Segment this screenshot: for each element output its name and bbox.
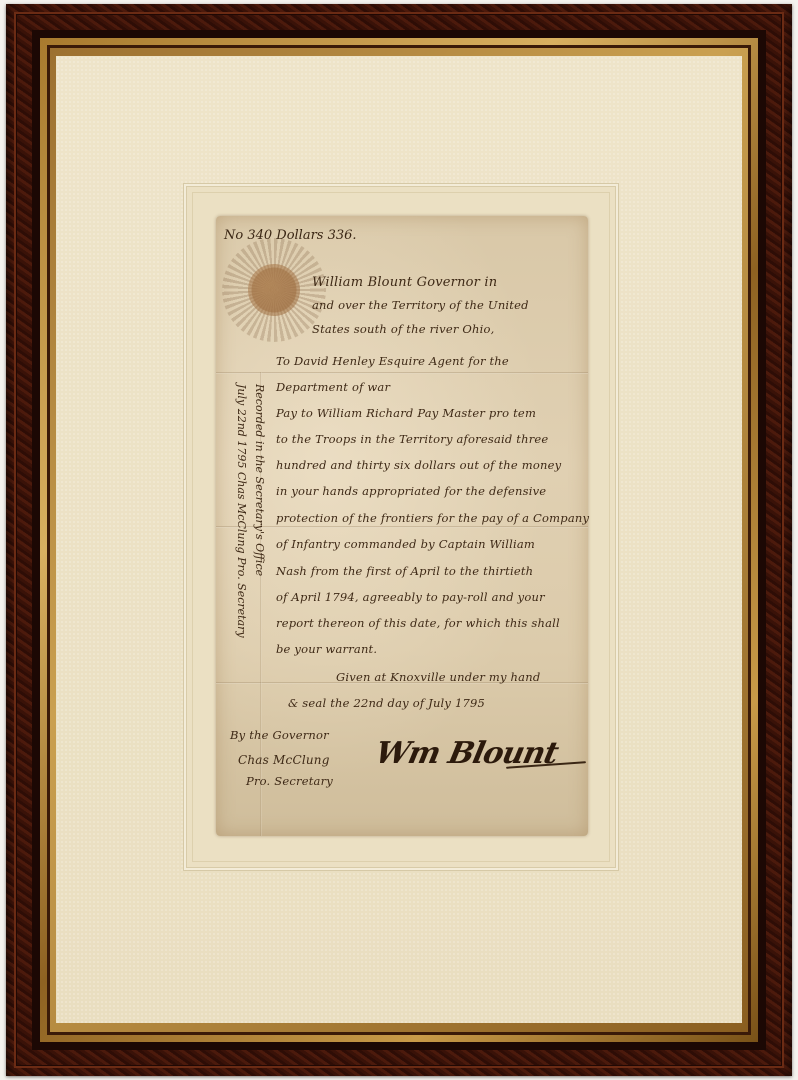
body-line: be your warrant. [276, 644, 377, 656]
body-line: in your hands appropriated for the defen… [276, 486, 546, 498]
attestation-line: Pro. Secretary [246, 776, 333, 788]
body-line: of Infantry commanded by Captain William [276, 539, 535, 551]
body-line: of April 1794, agreeably to pay-roll and… [276, 592, 545, 604]
body-line: to the Troops in the Territory aforesaid… [276, 434, 548, 446]
attestation-signature: Chas McClung [238, 754, 330, 766]
closing-line: & seal the 22nd day of July 1795 [288, 698, 485, 710]
fold-line [216, 526, 588, 528]
attestation-line: By the Governor [230, 730, 329, 742]
body-line: Pay to William Richard Pay Master pro te… [276, 408, 536, 420]
closing-line: Given at Knoxville under my hand [336, 672, 540, 684]
embossed-seal-icon [222, 238, 326, 342]
body-line: protection of the frontiers for the pay … [276, 513, 589, 525]
body-line: Nash from the first of April to the thir… [276, 566, 533, 578]
wax-seal-center [248, 264, 300, 316]
document-number: No 340 Dollars 336. [224, 228, 357, 243]
body-line: hundred and thirty six dollars out of th… [276, 460, 561, 472]
preamble-line: William Blount Governor in [312, 276, 497, 289]
preamble-line: States south of the river Ohio, [312, 324, 495, 336]
fold-line [216, 372, 588, 374]
historical-document: No 340 Dollars 336. William Blount Gover… [216, 216, 588, 836]
address-line: Department of war [276, 382, 390, 394]
preamble-line: and over the Territory of the United [312, 300, 529, 312]
margin-note: Recorded in the Secretary's Office July … [250, 384, 268, 724]
body-line: report thereon of this date, for which t… [276, 618, 560, 630]
address-line: To David Henley Esquire Agent for the [276, 356, 509, 368]
